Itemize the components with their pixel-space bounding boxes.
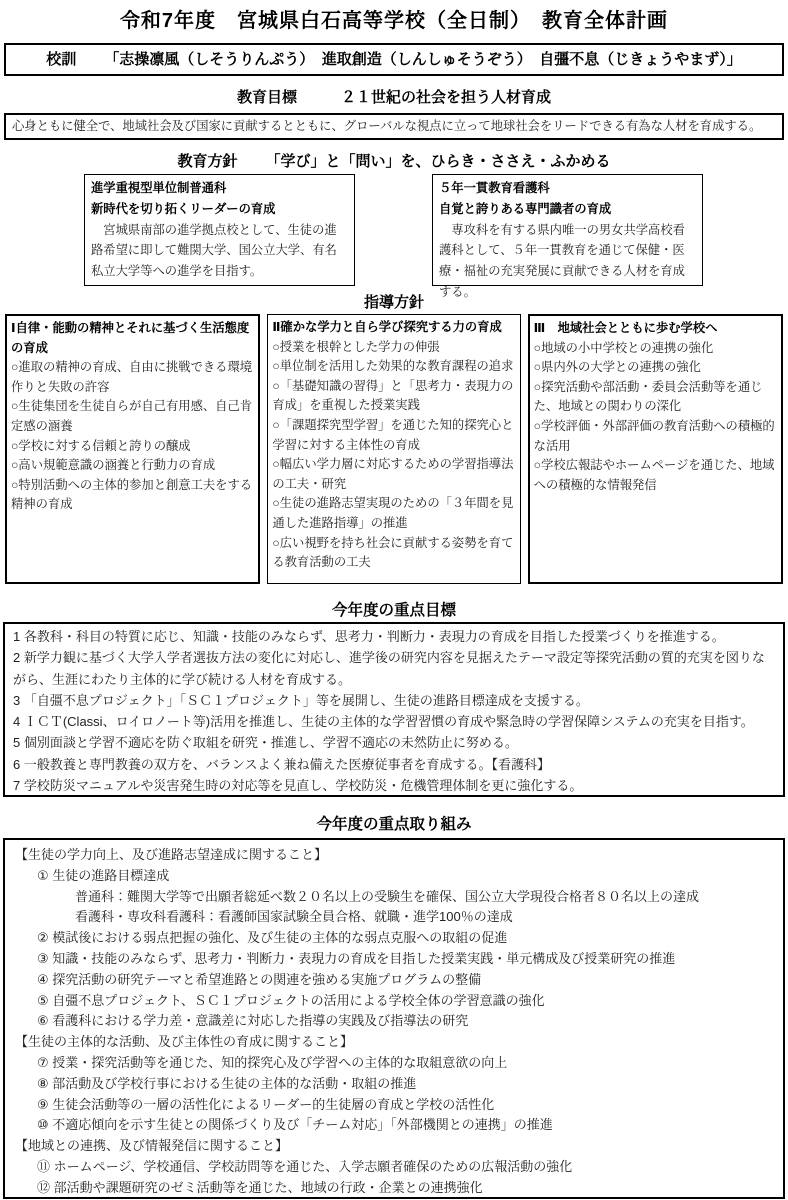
guidance-item: ○「課題探究型学習」を通じた知的探究心と学習に対する主体性の育成 [272, 416, 515, 455]
guidance-item: ○生徒集団を生徒自らが自己有用感、自己肯定感の涵養 [11, 397, 254, 436]
priority-goal-item: 5 個別面談と学習不適応を防ぐ取組を研究・推進し、学習不適応の未然防止に努める。 [13, 732, 775, 753]
education-goal-label: 教育目標 [237, 89, 297, 106]
guidance-item: ○学校に対する信頼と誇りの醸成 [11, 437, 254, 457]
guidance-item: ○探究活動や部活動・委員会活動等を通じた、地域との関わりの深化 [534, 378, 777, 417]
guidance-item: ○生徒の進路志望実現のための「３年間を見通した進路指導」の推進 [272, 494, 515, 533]
guidance-column-3: Ⅲ 地域社会とともに歩む学校へ ○地域の小中学校との連携の強化 ○県内外の大学と… [528, 314, 783, 584]
school-motto-box: 校訓「志操凛風（しそうりんぷう） 進取創造（しんしゅそうぞう） 自彊不息（じきょ… [4, 43, 784, 76]
policy-box-heading: 進学重視型単位制普通科 [91, 178, 348, 199]
guidance-column-2: Ⅱ確かな学力と自ら学び探究する力の育成 ○授業を根幹とした学力の伸張 ○単位制を… [267, 314, 520, 584]
priority-goal-item: 1 各教科・科目の特質に応じ、知識・技能のみならず、思考力・判断力・表現力の育成… [13, 626, 775, 647]
guidance-item: ○広い視野を持ち社会に貢献する姿勢を育てる教育活動の工夫 [272, 534, 515, 573]
guidance-item: ○授業を根幹とした学力の伸張 [272, 338, 515, 358]
priority-goal-item: 3 「自彊不息プロジェクト」「ＳＣ１プロジェクト」等を展開し、生徒の進路目標達成… [13, 690, 775, 711]
policy-box-heading: ５年一貫教育看護科 [439, 178, 696, 199]
priority-goal-item: 7 学校防災マニュアルや災害発生時の対応等を見直し、学校防災・危機管理体制を更に… [13, 775, 775, 796]
action-item: ⑫ 部活動や課題研究のゼミ活動等を通じた、地域の行政・企業との連携強化 [13, 1178, 775, 1199]
guidance-column-heading: Ⅲ 地域社会とともに歩む学校へ [534, 319, 777, 339]
motto-label: 校訓 [46, 51, 76, 68]
action-subitem: 看護科・専攻科看護科：看護師国家試験全員合格、就職・進学100％の達成 [13, 907, 775, 928]
guidance-columns: Ⅰ自律・能動の精神とそれに基づく生活態度の育成 ○進取の精神の育成、自由に挑戦で… [5, 314, 783, 584]
action-item: ⑨ 生徒会活動等の一層の活性化によるリーダー的生徒層の育成と学校の活性化 [13, 1095, 775, 1116]
guidance-item: ○進取の精神の育成、自由に挑戦できる環境作りと失敗の許容 [11, 358, 254, 397]
policy-boxes-row: 進学重視型単位制普通科 新時代を切り拓くリーダーの育成 宮城県南部の進学拠点校と… [0, 174, 788, 286]
priority-goal-item: 4 ＩＣＴ(Classi、ロイロノート等)活用を推進し、生徒の主体的な学習習慣の… [13, 711, 775, 732]
priority-goals-heading: 今年度の重点目標 [0, 602, 788, 620]
priority-goal-item: 2 新学力観に基づく大学入学者選抜方法の変化に対応し、進学後の研究内容を見据えた… [13, 647, 775, 690]
action-item: ⑥ 看護科における学力差・意識差に対応した指導の実践及び指導法の研究 [13, 1011, 775, 1032]
priority-actions-heading: 今年度の重点取り組み [0, 816, 788, 834]
policy-box-body: 専攻科を有する県内唯一の男女共学高校看護科として、５年一貫教育を通じて保健・医療… [439, 220, 696, 303]
action-item: ④ 探究活動の研究テーマと希望進路との関連を強める実施プログラムの整備 [13, 970, 775, 991]
education-policy-line: 教育方針「学び」と「問い」を、ひらき・ささえ・ふかめる [0, 153, 788, 171]
action-item: ③ 知識・技能のみならず、思考力・判断力・表現力の育成を目指した授業実践・単元構… [13, 949, 775, 970]
guidance-item: ○高い規範意識の涵養と行動力の育成 [11, 456, 254, 476]
guidance-item: ○地域の小中学校との連携の強化 [534, 339, 777, 359]
guidance-item: ○学校広報誌やホームページを通じた、地域への積極的な情報発信 [534, 456, 777, 495]
education-plan-document: 令和7年度 宮城県白石高等学校（全日制） 教育全体計画 校訓「志操凛風（しそうり… [0, 0, 788, 1200]
guidance-column-heading: Ⅰ自律・能動の精神とそれに基づく生活態度の育成 [11, 319, 254, 358]
action-category: 【地域との連携、及び情報発信に関すること】 [13, 1136, 775, 1157]
action-subitem: 普通科：難関大学等で出願者総延べ数２０名以上の受験生を確保、国公立大学現役合格者… [13, 887, 775, 908]
education-goal-description-box: 心身ともに健全で、地域社会及び国家に貢献するとともに、グローバルな視点に立って地… [4, 113, 784, 140]
motto-text: 「志操凛風（しそうりんぷう） 進取創造（しんしゅそうぞう） 自彊不息（じきょうや… [104, 51, 742, 68]
guidance-item: ○県内外の大学との連携の強化 [534, 358, 777, 378]
action-item: ② 模試後における弱点把握の強化、及び生徒の主体的な弱点克服への取組の促進 [13, 928, 775, 949]
action-category: 【生徒の学力向上、及び進路志望達成に関すること】 [13, 845, 775, 866]
education-policy-slogan: 「学び」と「問い」を、ひらき・ささえ・ふかめる [266, 153, 611, 170]
education-goal-text: ２１世紀の社会を担う人材育成 [341, 89, 551, 106]
action-category: 【生徒の主体的な活動、及び主体性の育成に関すること】 [13, 1032, 775, 1053]
action-item: ⑪ ホームページ、学校通信、学校訪問等を通じた、入学志願者確保のための広報活動の… [13, 1157, 775, 1178]
guidance-item: ○「基礎知識の習得」と「思考力・表現力の育成」を重視した授業実践 [272, 377, 515, 416]
action-item: ⑩ 不適応傾向を示す生徒との関係づくり及び「チーム対応」「外部機関との連携」の推… [13, 1115, 775, 1136]
policy-box-body: 宮城県南部の進学拠点校として、生徒の進路希望に即して難関大学、国公立大学、有名私… [91, 220, 348, 282]
policy-box-subheading: 自覚と誇りある専門識者の育成 [439, 199, 696, 220]
policy-box-general-course: 進学重視型単位制普通科 新時代を切り拓くリーダーの育成 宮城県南部の進学拠点校と… [84, 174, 355, 286]
action-item: ⑤ 自彊不息プロジェクト、ＳＣ１プロジェクトの活用による学校全体の学習意識の強化 [13, 991, 775, 1012]
policy-box-nursing-course: ５年一貫教育看護科 自覚と誇りある専門識者の育成 専攻科を有する県内唯一の男女共… [432, 174, 703, 286]
education-policy-label: 教育方針 [177, 153, 237, 170]
priority-goals-box: 1 各教科・科目の特質に応じ、知識・技能のみならず、思考力・判断力・表現力の育成… [3, 622, 785, 797]
guidance-item: ○学校評価・外部評価の教育活動への積極的な活用 [534, 417, 777, 456]
policy-box-subheading: 新時代を切り拓くリーダーの育成 [91, 199, 348, 220]
education-goal-line: 教育目標２１世紀の社会を担う人材育成 [0, 89, 788, 107]
guidance-column-1: Ⅰ自律・能動の精神とそれに基づく生活態度の育成 ○進取の精神の育成、自由に挑戦で… [5, 314, 260, 584]
guidance-item: ○幅広い学力層に対応するための学習指導法の工夫・研究 [272, 455, 515, 494]
guidance-item: ○単位制を活用した効果的な教育課程の追求 [272, 357, 515, 377]
action-item: ⑧ 部活動及び学校行事における生徒の主体的な活動・取組の推進 [13, 1074, 775, 1095]
guidance-column-heading: Ⅱ確かな学力と自ら学び探究する力の育成 [272, 318, 515, 338]
page-title: 令和7年度 宮城県白石高等学校（全日制） 教育全体計画 [0, 0, 788, 34]
guidance-item: ○特別活動への主体的参加と創意工夫をする精神の育成 [11, 476, 254, 515]
action-item: ① 生徒の進路目標達成 [13, 866, 775, 887]
priority-actions-box: 【生徒の学力向上、及び進路志望達成に関すること】 ① 生徒の進路目標達成 普通科… [3, 838, 785, 1199]
action-item: ⑦ 授業・探究活動等を通じた、知的探究心及び学習への主体的な取組意欲の向上 [13, 1053, 775, 1074]
priority-goal-item: 6 一般教養と専門教養の双方を、バランスよく兼ね備えた医療従事者を育成する。【看… [13, 754, 775, 775]
